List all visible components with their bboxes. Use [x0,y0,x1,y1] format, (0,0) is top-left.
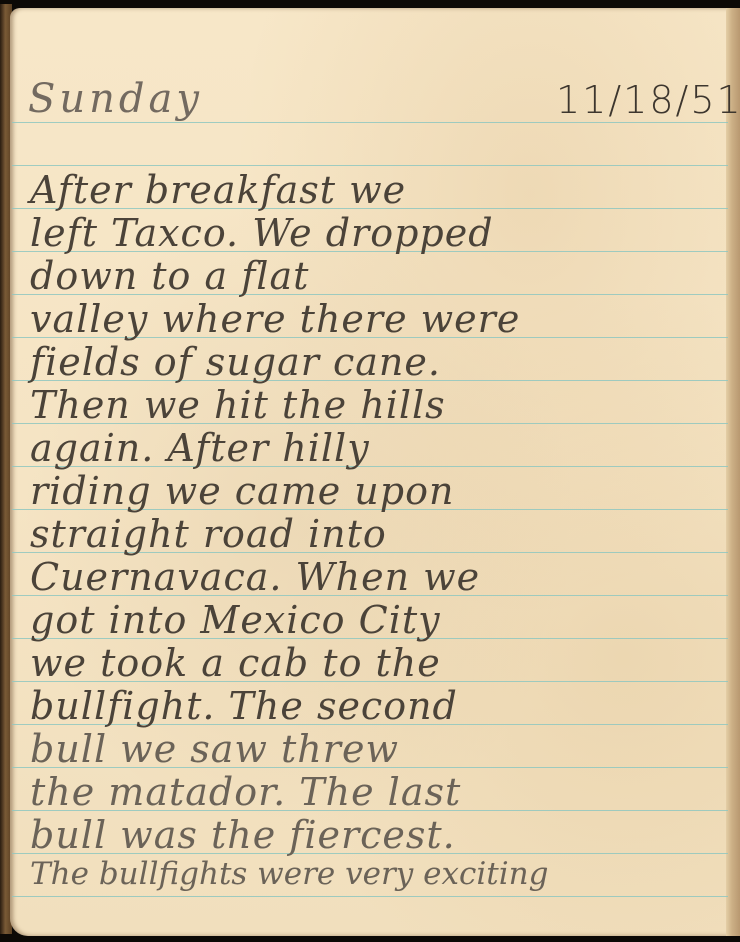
entry-line: again. After hilly [30,426,370,470]
ruled-line [12,122,728,123]
entry-line: the matador. The last [30,770,461,814]
entry-line: valley where there were [30,297,520,341]
entry-line: Then we hit the hills [30,383,446,427]
diary-photo: Sunday 11/18/51 After breakfast we left … [0,0,740,942]
entry-line: left Taxco. We dropped [30,211,494,255]
entry-line: bull we saw threw [30,727,399,771]
entry-day: Sunday [28,76,203,122]
entry-line: After breakfast we [30,168,406,212]
entry-line: fields of sugar cane. [30,340,441,384]
ruled-line [12,896,728,897]
entry-line: down to a flat [30,254,309,298]
entry-line: straight road into [30,512,387,556]
entry-date: 11/18/51 [556,78,740,122]
ruled-line [12,165,728,166]
entry-line: got into Mexico City [30,598,441,642]
page-edge-shadow [726,8,740,936]
entry-line: Cuernavaca. When we [30,555,480,599]
entry-line: bull was the fiercest. [30,813,456,857]
entry-line: The bullfights were very exciting [30,856,548,892]
entry-line: riding we came upon [30,469,454,513]
entry-line: we took a cab to the [30,641,441,685]
entry-line: bullfight. The second [30,684,458,728]
